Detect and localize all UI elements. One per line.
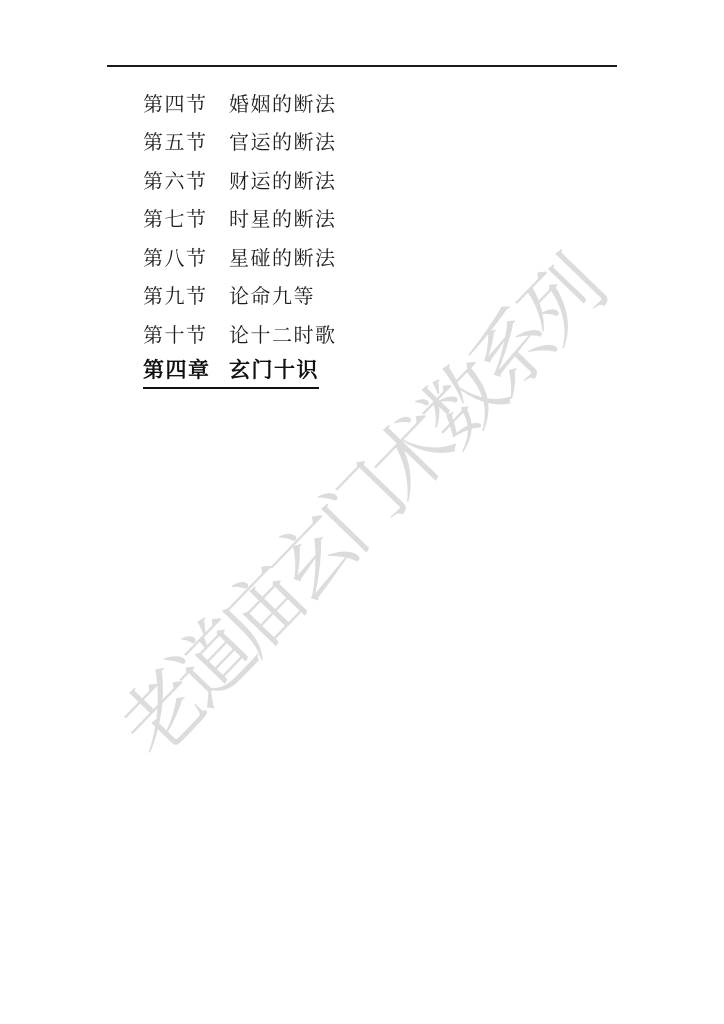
toc-item-title: 论十二时歌 bbox=[229, 319, 337, 348]
table-of-contents: 第四节 婚姻的断法 第五节 官运的断法 第六节 财运的断法 第七节 时星的断法 … bbox=[143, 83, 337, 391]
toc-item-label: 第十节 bbox=[143, 319, 229, 348]
toc-row: 第四节 婚姻的断法 bbox=[143, 83, 337, 122]
chapter-heading-label: 第四章 bbox=[143, 354, 229, 384]
header-divider-rule bbox=[107, 65, 617, 67]
toc-row: 第九节 论命九等 bbox=[143, 276, 337, 315]
toc-item-title: 星碰的断法 bbox=[229, 242, 337, 271]
toc-item-title: 财运的断法 bbox=[229, 165, 337, 194]
toc-row: 第八节 星碰的断法 bbox=[143, 237, 337, 276]
toc-item-label: 第九节 bbox=[143, 280, 229, 309]
toc-item-label: 第六节 bbox=[143, 165, 229, 194]
toc-item-label: 第七节 bbox=[143, 203, 229, 232]
toc-row: 第十节 论十二时歌 bbox=[143, 314, 337, 353]
toc-item-label: 第五节 bbox=[143, 126, 229, 155]
toc-row: 第六节 财运的断法 bbox=[143, 160, 337, 199]
chapter-heading: 第四章 玄门十识 bbox=[143, 354, 319, 389]
toc-item-title: 时星的断法 bbox=[229, 203, 337, 232]
toc-row: 第七节 时星的断法 bbox=[143, 199, 337, 238]
toc-item-title: 婚姻的断法 bbox=[229, 88, 337, 117]
chapter-heading-title: 玄门十识 bbox=[229, 354, 319, 384]
toc-item-title: 官运的断法 bbox=[229, 126, 337, 155]
document-page: 老道庙玄门术数系列 第四节 婚姻的断法 第五节 官运的断法 第六节 财运的断法 … bbox=[0, 0, 724, 1024]
chapter-heading-row: 第四章 玄门十识 bbox=[143, 353, 337, 392]
toc-row: 第五节 官运的断法 bbox=[143, 122, 337, 161]
toc-item-label: 第四节 bbox=[143, 88, 229, 117]
toc-item-title: 论命九等 bbox=[229, 280, 315, 309]
toc-item-label: 第八节 bbox=[143, 242, 229, 271]
